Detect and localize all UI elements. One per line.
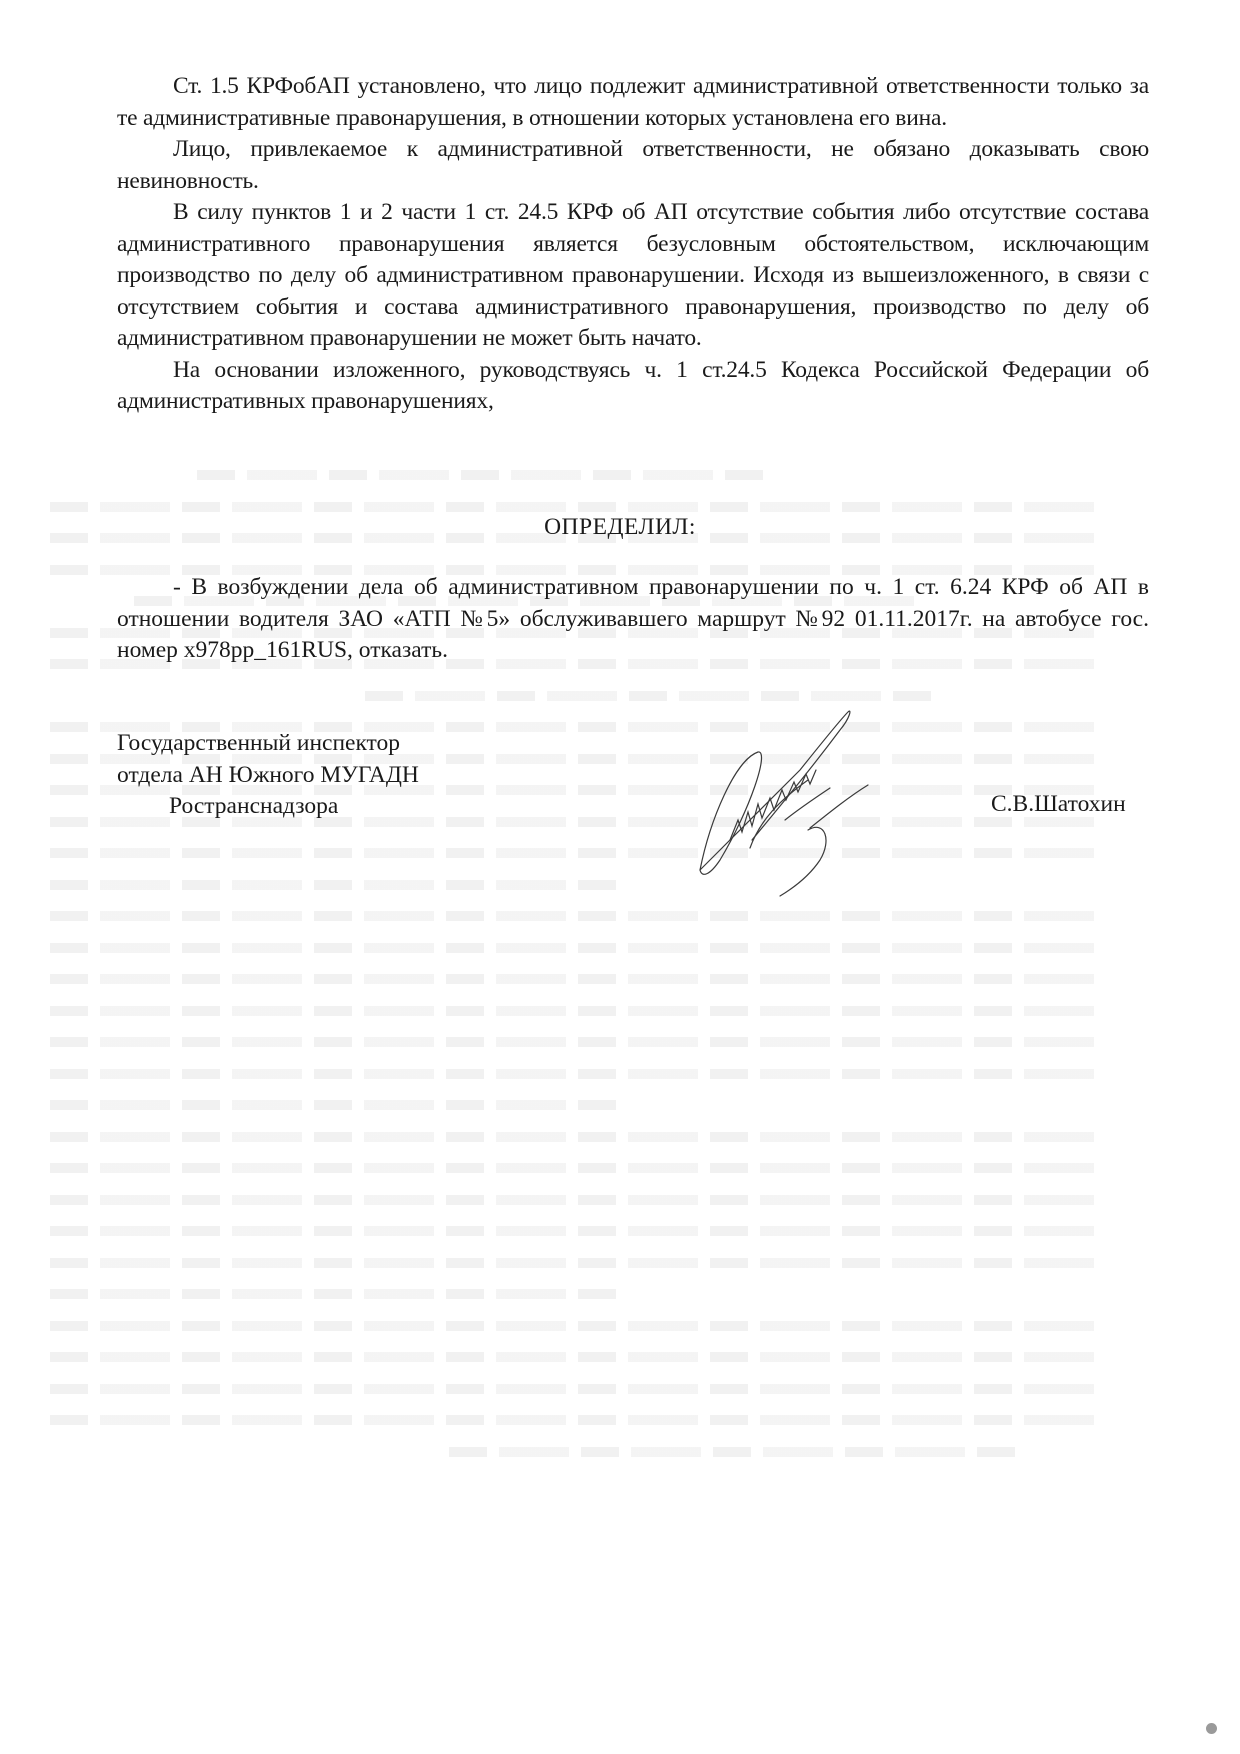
paragraph-presumption-innocence: Лицо, привлекаемое к административной от… (117, 134, 1149, 197)
signer-name: С.В.Шатохин (991, 791, 1126, 818)
signer-title-line-1: Государственный инспектор (117, 728, 419, 760)
scan-speck (1206, 1723, 1217, 1734)
paragraph-basis: На основании изложенного, руководствуясь… (117, 355, 1149, 418)
signer-title-line-2: отдела АН Южного МУГАДН (117, 760, 419, 792)
document-page: Ст. 1.5 КРФобАП установлено, что лицо по… (0, 0, 1240, 1754)
decision-paragraph: - В возбуждении дела об административном… (117, 572, 1149, 667)
paragraph-article-1-5: Ст. 1.5 КРФобАП установлено, что лицо по… (117, 71, 1149, 134)
signer-title-line-3: Ространснадзора (117, 791, 419, 823)
paragraph-article-24-5: В силу пунктов 1 и 2 части 1 ст. 24.5 КР… (117, 197, 1149, 355)
handwritten-signature-icon (690, 700, 880, 900)
body-text: Ст. 1.5 КРФобАП установлено, что лицо по… (117, 71, 1149, 418)
signer-block: Государственный инспектор отдела АН Южно… (117, 728, 419, 823)
determination-heading: ОПРЕДЕЛИЛ: (0, 514, 1240, 541)
